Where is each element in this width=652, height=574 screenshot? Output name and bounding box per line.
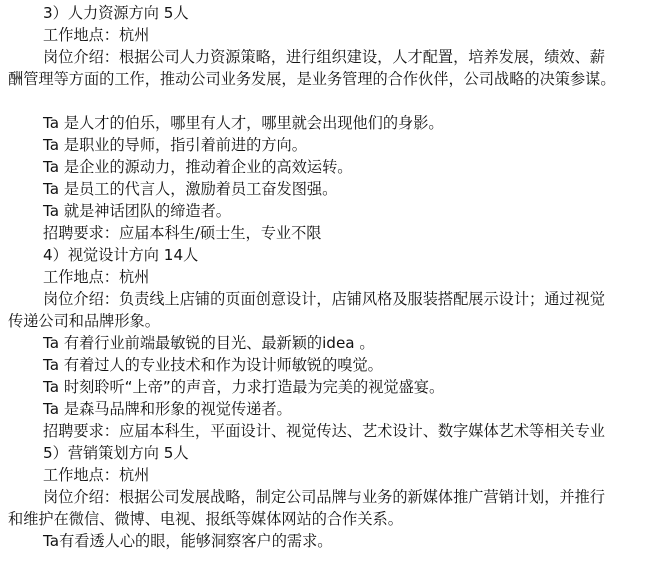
job-intro-line: 岗位介绍：根据公司人力资源策略，进行组织建设，人才配置，培养发展，绩效、薪 bbox=[8, 46, 648, 68]
work-location: 工作地点：杭州 bbox=[8, 266, 648, 288]
work-location: 工作地点：杭州 bbox=[8, 464, 648, 486]
trait-line: Ta 是人才的伯乐，哪里有人才，哪里就会出现他们的身影。 bbox=[8, 112, 648, 134]
job-intro-line-wrap: 和维护在微信、微博、电视、报纸等媒体网站的合作关系。 bbox=[8, 508, 648, 530]
job-intro-line: 岗位介绍：根据公司发展战略，制定公司品牌与业务的新媒体推广营销计划，并推行 bbox=[8, 486, 648, 508]
recruit-requirement: 招聘要求：应届本科生，平面设计、视觉传达、艺术设计、数字媒体艺术等相关专业 bbox=[8, 420, 648, 442]
trait-line: Ta 是企业的源动力，推动着企业的高效运转。 bbox=[8, 156, 648, 178]
section-heading-marketing: 5）营销策划方向 5人 bbox=[8, 442, 648, 464]
section-heading-hr: 3）人力资源方向 5人 bbox=[8, 2, 648, 24]
trait-line: Ta 是职业的导师，指引着前进的方向。 bbox=[8, 134, 648, 156]
trait-line: Ta有看透人心的眼，能够洞察客户的需求。 bbox=[8, 530, 648, 552]
section-heading-visual-design: 4）视觉设计方向 14人 bbox=[8, 244, 648, 266]
trait-line: Ta 有着行业前端最敏锐的目光、最新颖的idea 。 bbox=[8, 332, 648, 354]
trait-line: Ta 就是神话团队的缔造者。 bbox=[8, 200, 648, 222]
job-intro-line-wrap: 传递公司和品牌形象。 bbox=[8, 310, 648, 332]
trait-line: Ta 时刻聆听“上帝”的声音，力求打造最为完美的视觉盛宴。 bbox=[8, 376, 648, 398]
trait-line: Ta 有着过人的专业技术和作为设计师敏锐的嗅觉。 bbox=[8, 354, 648, 376]
trait-line: Ta 是员工的代言人，激励着员工奋发图强。 bbox=[8, 178, 648, 200]
trait-line: Ta 是森马品牌和形象的视觉传递者。 bbox=[8, 398, 648, 420]
blank-line bbox=[8, 90, 648, 112]
job-description-document: 3）人力资源方向 5人 工作地点：杭州 岗位介绍：根据公司人力资源策略，进行组织… bbox=[0, 0, 652, 552]
job-intro-line: 岗位介绍：负责线上店铺的页面创意设计，店铺风格及服装搭配展示设计；通过视觉 bbox=[8, 288, 648, 310]
recruit-requirement: 招聘要求：应届本科生/硕士生，专业不限 bbox=[8, 222, 648, 244]
work-location: 工作地点：杭州 bbox=[8, 24, 648, 46]
job-intro-line-wrap: 酬管理等方面的工作，推动公司业务发展，是业务管理的合作伙伴，公司战略的决策参谋。 bbox=[8, 68, 648, 90]
